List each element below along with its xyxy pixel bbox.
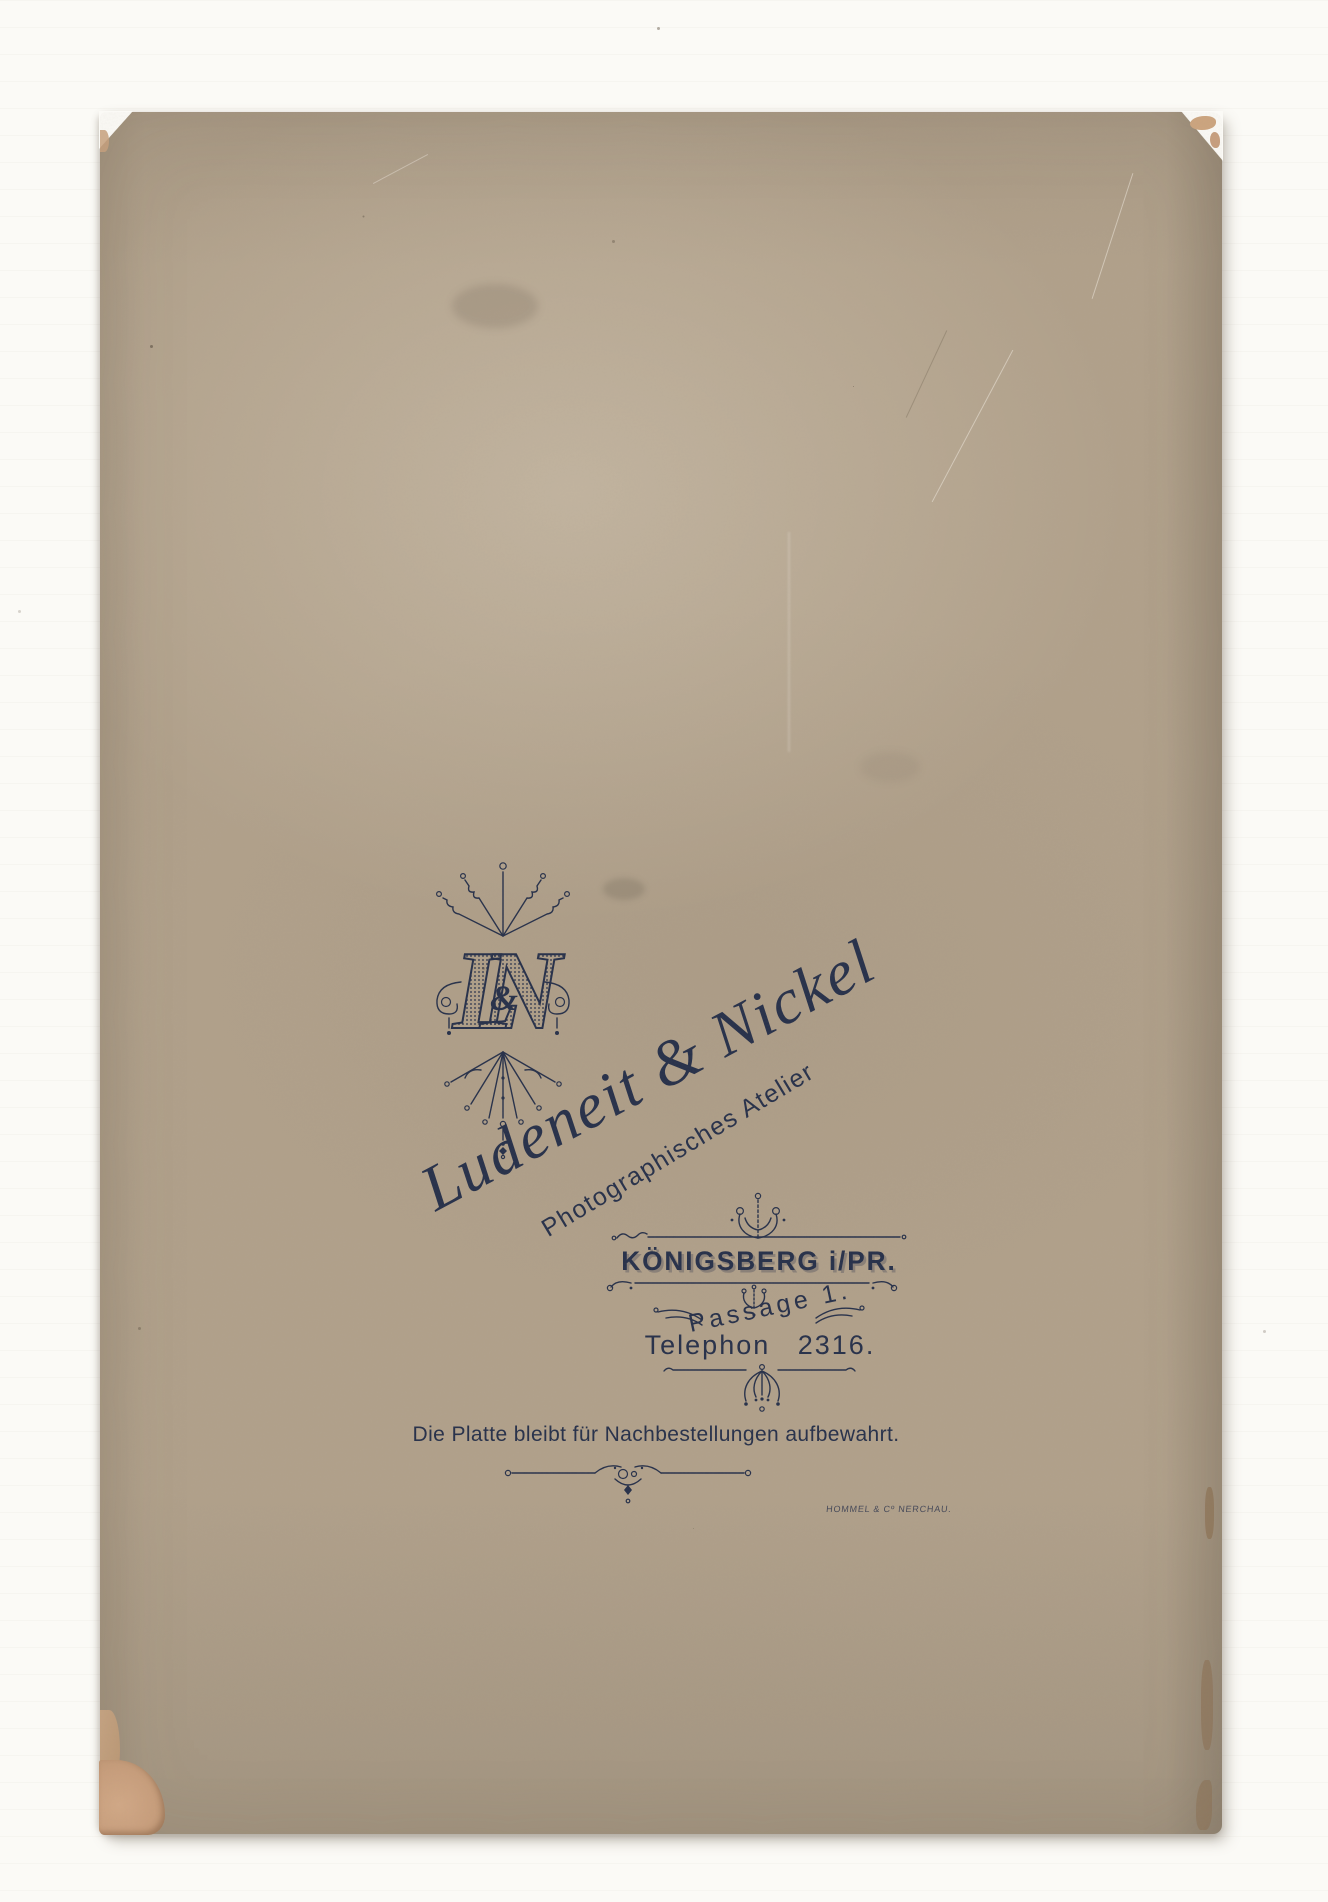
scanner-background: L N & Ludeneit <box>0 0 1328 1902</box>
surface-scratch <box>1092 173 1134 299</box>
rule-above-city <box>610 1229 908 1245</box>
cabinet-card-back: L N & Ludeneit <box>100 112 1222 1834</box>
dust-speck <box>657 27 660 30</box>
studio-monogram: L N & <box>425 922 581 1057</box>
stain-smudge <box>860 752 920 782</box>
right-edge-wear <box>1196 1780 1212 1830</box>
bottom-divider-ornament <box>503 1459 753 1509</box>
right-edge-wear <box>1201 1660 1213 1750</box>
studio-name-script: Ludeneit & Nickel <box>322 867 974 1283</box>
foxing-specks <box>150 345 153 348</box>
scan-streak <box>788 532 790 752</box>
surface-scratch <box>906 330 947 417</box>
stain-smudge <box>603 878 645 900</box>
paper-grain-texture <box>100 112 1222 1834</box>
top-right-tear <box>1210 132 1220 148</box>
bottom-left-corner-chip <box>99 1760 165 1835</box>
top-left-tear <box>100 130 109 152</box>
stain-smudge <box>452 284 538 328</box>
dust-speck <box>18 610 21 613</box>
surface-scratch <box>932 350 1014 502</box>
plate-notice-line: Die Platte bleibt für Nachbestellungen a… <box>406 1423 906 1451</box>
monogram-ampersand: & <box>490 978 518 1018</box>
printer-credit: HOMMEL & Cº NERCHAU. <box>825 1504 976 1518</box>
fountain-rule-ornament <box>662 1359 862 1414</box>
dust-speck <box>1263 1330 1266 1333</box>
telephone-line: Telephon 2316. <box>610 1330 910 1362</box>
surface-scratch <box>373 154 428 184</box>
right-edge-wear <box>1205 1487 1214 1539</box>
